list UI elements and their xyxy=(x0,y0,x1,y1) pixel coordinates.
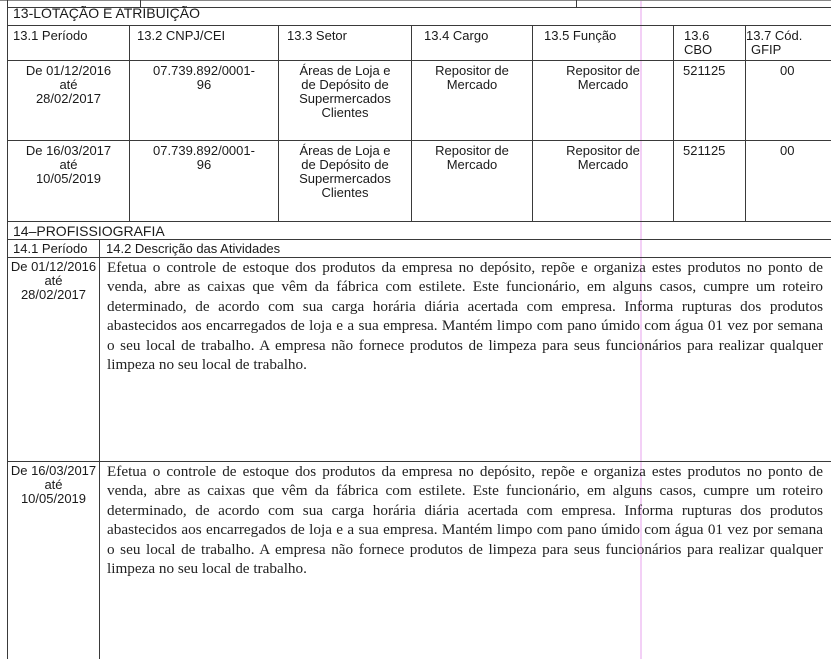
row2-cargo: Repositor de Mercado xyxy=(412,144,532,172)
funcao-line1: Repositor de xyxy=(533,144,673,158)
funcao-line2: Mercado xyxy=(533,78,673,92)
cargo-line2: Mercado xyxy=(412,78,532,92)
periodo-ate: até xyxy=(8,478,99,492)
setor-line1: Áreas de Loja e xyxy=(279,64,411,78)
header-periodo: 13.1 Período xyxy=(13,29,87,43)
profissiografia-row2-periodo: De 16/03/2017 até 10/05/2019 xyxy=(8,464,99,506)
periodo-end: 10/05/2019 xyxy=(8,492,99,506)
periodo-start: De 16/03/2017 xyxy=(8,144,129,158)
column-divider xyxy=(99,239,100,659)
periodo-ate: até xyxy=(8,78,129,92)
row1-setor: Áreas de Loja e de Depósito de Supermerc… xyxy=(279,64,411,120)
periodo-start: De 16/03/2017 xyxy=(8,464,99,478)
row1-cbo: 521125 xyxy=(683,64,725,78)
row2-cbo: 521125 xyxy=(683,144,725,158)
column-divider xyxy=(411,25,412,222)
periodo-ate: até xyxy=(8,158,129,172)
row2-setor: Áreas de Loja e de Depósito de Supermerc… xyxy=(279,144,411,200)
periodo-end: 28/02/2017 xyxy=(8,92,129,106)
table-border xyxy=(7,25,831,26)
setor-line4: Clientes xyxy=(279,106,411,120)
setor-line3: Supermercados xyxy=(279,92,411,106)
setor-line3: Supermercados xyxy=(279,172,411,186)
periodo-start: De 01/12/2016 xyxy=(8,64,129,78)
table-border xyxy=(576,0,577,7)
row1-gfip: 00 xyxy=(780,64,794,78)
cnpj-line1: 07.739.892/0001- xyxy=(130,144,278,158)
periodo-ate: até xyxy=(8,274,99,288)
header-cbo-line2: CBO xyxy=(684,43,712,57)
setor-line4: Clientes xyxy=(279,186,411,200)
table-border xyxy=(7,140,831,141)
column-divider xyxy=(745,25,746,222)
section-13-title: 13-LOTAÇÃO E ATRIBUIÇÃO xyxy=(13,5,200,21)
row1-periodo: De 01/12/2016 até 28/02/2017 xyxy=(8,64,129,106)
header-14-periodo: 14.1 Período xyxy=(13,242,87,256)
periodo-end: 28/02/2017 xyxy=(8,288,99,302)
profissiografia-row1-descricao: Efetua o controle de estoque dos produto… xyxy=(107,258,823,374)
setor-line2: de Depósito de xyxy=(279,158,411,172)
column-divider xyxy=(532,25,533,222)
periodo-start: De 01/12/2016 xyxy=(8,260,99,274)
header-setor: 13.3 Setor xyxy=(287,29,347,43)
section-14-title: 14–PROFISSIOGRAFIA xyxy=(13,223,165,239)
setor-line1: Áreas de Loja e xyxy=(279,144,411,158)
cargo-line1: Repositor de xyxy=(412,144,532,158)
row2-funcao: Repositor de Mercado xyxy=(533,144,673,172)
header-cargo: 13.4 Cargo xyxy=(424,29,488,43)
row2-gfip: 00 xyxy=(780,144,794,158)
header-cbo-line1: 13.6 xyxy=(684,29,709,43)
table-border xyxy=(0,0,831,1)
cnpj-line1: 07.739.892/0001- xyxy=(130,64,278,78)
header-funcao: 13.5 Função xyxy=(544,29,616,43)
table-border xyxy=(7,60,831,61)
row2-periodo: De 16/03/2017 até 10/05/2019 xyxy=(8,144,129,186)
column-divider xyxy=(129,25,130,222)
column-divider xyxy=(673,25,674,222)
cnpj-line2: 96 xyxy=(130,158,278,172)
funcao-line1: Repositor de xyxy=(533,64,673,78)
profissiografia-row1-periodo: De 01/12/2016 até 28/02/2017 xyxy=(8,260,99,302)
row1-cargo: Repositor de Mercado xyxy=(412,64,532,92)
row1-cnpj: 07.739.892/0001- 96 xyxy=(130,64,278,92)
header-gfip-line1: 13.7 Cód. xyxy=(746,29,802,43)
table-border xyxy=(7,221,831,222)
row1-funcao: Repositor de Mercado xyxy=(533,64,673,92)
table-border xyxy=(7,239,831,240)
cargo-line1: Repositor de xyxy=(412,64,532,78)
profissiografia-row2-descricao: Efetua o controle de estoque dos produto… xyxy=(107,462,823,578)
header-gfip-line2: GFIP xyxy=(751,43,781,57)
header-cnpj: 13.2 CNPJ/CEI xyxy=(137,29,225,43)
row2-cnpj: 07.739.892/0001- 96 xyxy=(130,144,278,172)
funcao-line2: Mercado xyxy=(533,158,673,172)
setor-line2: de Depósito de xyxy=(279,78,411,92)
cnpj-line2: 96 xyxy=(130,78,278,92)
cargo-line2: Mercado xyxy=(412,158,532,172)
header-14-descricao: 14.2 Descrição das Atividades xyxy=(106,242,280,256)
document-page: 13-LOTAÇÃO E ATRIBUIÇÃO 13.1 Período 13.… xyxy=(0,0,831,659)
periodo-end: 10/05/2019 xyxy=(8,172,129,186)
